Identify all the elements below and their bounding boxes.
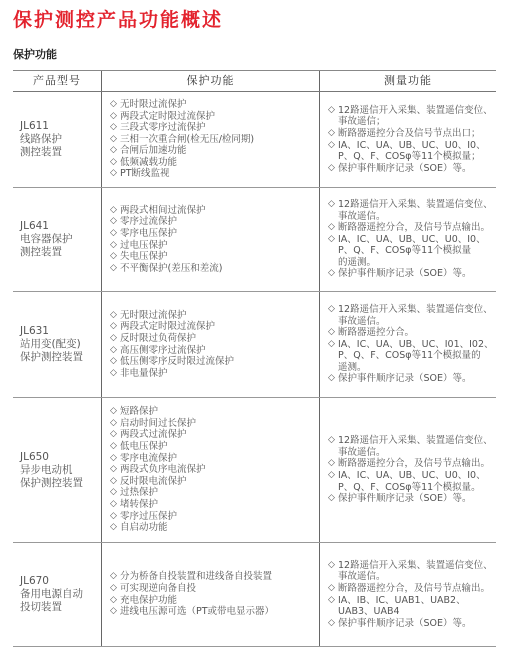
protection-item: 过电压保护 (110, 240, 319, 252)
protection-item: 分为桥备自投装置和进线备自投装置 (110, 571, 319, 583)
model-name-line: 保护测控装置 (20, 477, 101, 490)
protection-item: PT断线监视 (110, 168, 319, 180)
model-cell: JL650 异步电动机 保护测控装置 (13, 398, 102, 543)
protection-item: 堵转保护 (110, 499, 319, 511)
table-row: JL611 线路保护 测控装置 无时限过流保护 两段式定时限过流保护 三段式零序… (13, 92, 496, 188)
model-name-line: 线路保护 (20, 133, 101, 146)
measurement-list: 12路遥信开入采集、装置遥信变位、事故遥信。 断路器遥控分合，及信号节点输出。 … (328, 435, 496, 505)
measurement-item: 保护事件顺序记录（SOE）等。 (328, 163, 496, 175)
protection-list: 无时限过流保护 两段式定时限过流保护 三段式零序过流保护 三相一次重合闸(检无压… (110, 99, 319, 180)
protection-item: 自启动功能 (110, 522, 319, 534)
table-body: JL611 线路保护 测控装置 无时限过流保护 两段式定时限过流保护 三段式零序… (13, 92, 496, 647)
protection-item: 零序电流保护 (110, 453, 319, 465)
measurement-item: IA、IC、UA、UB、UC、U0、I0、P、Q、F、COSφ等11个模拟量的遥… (328, 234, 496, 269)
protection-item: 高压侧零序过流保护 (110, 345, 319, 357)
protection-item: 两段式负序电流保护 (110, 464, 319, 476)
table-row: JL650 异步电动机 保护测控装置 短路保护 启动时间过长保护 两段式过流保护… (13, 398, 496, 543)
protection-item: 不平衡保护(差压和差流) (110, 263, 319, 275)
measurement-item: IA、IC、UA、UB、UC、U0、I0、P、Q、F、COSφ等11个模拟量； (328, 140, 496, 163)
model-code: JL670 (20, 575, 101, 588)
measurement-item: 断路器遥控分合及信号节点出口； (328, 128, 496, 140)
protection-item: 低电压保护 (110, 441, 319, 453)
product-function-table: 产品型号 保护功能 测量功能 JL611 线路保护 测控装置 无时限过流保护 两… (13, 70, 496, 647)
protection-item: 反时限电流保护 (110, 476, 319, 488)
protection-cell: 短路保护 启动时间过长保护 两段式过流保护 低电压保护 零序电流保护 两段式负序… (102, 398, 320, 543)
measurement-cell: 12路遥信开入采集、装置遥信变位、事故遥信。 断路器遥控分合。 IA、IC、UA… (320, 292, 497, 398)
protection-item: 两段式定时限过流保护 (110, 321, 319, 333)
header-protection: 保护功能 (102, 71, 320, 92)
measurement-item: 12路遥信开入采集、装置遥信变位、事故遥信。 (328, 199, 496, 222)
model-code: JL611 (20, 120, 101, 133)
protection-item: 无时限过流保护 (110, 99, 319, 111)
measurement-cell: 12路遥信开入采集、装置遥信变位、事故遥信。 断路器遥控分合，及信号节点输出。 … (320, 398, 497, 543)
measurement-item: IA、IC、UA、UB、UC、U0、I0、P、Q、F、COSφ等11个模拟量。 (328, 470, 496, 493)
model-code: JL631 (20, 325, 101, 338)
measurement-item: 12路遥信开入采集、装置遥信变位、事故遥信。 (328, 560, 496, 583)
measurement-item: 12路遥信开入采集、装置遥信变位、事故遥信。 (328, 435, 496, 458)
protection-item: 充电保护功能 (110, 595, 319, 607)
protection-item: 过热保护 (110, 487, 319, 499)
model-cell: JL631 站用变(配变) 保护测控装置 (13, 292, 102, 398)
measurement-cell: 12路遥信开入采集、装置遥信变位、事故遥信。 断路器遥控分合，及信号节点输出。 … (320, 543, 497, 647)
model-cell: JL611 线路保护 测控装置 (13, 92, 102, 188)
measurement-list: 12路遥信开入采集、装置遥信变位、事故遥信。 断路器遥控分合，及信号节点输出。 … (328, 199, 496, 280)
model-code: JL641 (20, 220, 101, 233)
measurement-list: 12路遥信开入采集、装置遥信变位、事故遥信； 断路器遥控分合及信号节点出口； I… (328, 105, 496, 175)
model-name-line: 备用电源自动 (20, 588, 101, 601)
protection-item: 两段式过流保护 (110, 429, 319, 441)
protection-item: 非电量保护 (110, 368, 319, 380)
measurement-item: 断路器遥控分合，及信号节点输出。 (328, 222, 496, 234)
measurement-item: IA、IC、UA、UB、UC、I01、I02、P、Q、F、COSφ等11个模拟量… (328, 339, 496, 374)
model-code: JL650 (20, 451, 101, 464)
measurement-item: 保护事件顺序记录（SOE）等。 (328, 618, 496, 630)
protection-item: 进线电压源可选（PT或带电显示器） (110, 606, 319, 618)
header-measurement: 测量功能 (320, 71, 497, 92)
measurement-list: 12路遥信开入采集、装置遥信变位、事故遥信。 断路器遥控分合。 IA、IC、UA… (328, 304, 496, 385)
protection-cell: 分为桥备自投装置和进线备自投装置 可实现逆向备自投 充电保护功能 进线电压源可选… (102, 543, 320, 647)
protection-item: 低频减载功能 (110, 157, 319, 169)
measurement-list: 12路遥信开入采集、装置遥信变位、事故遥信。 断路器遥控分合，及信号节点输出。 … (328, 560, 496, 630)
model-name-line: 测控装置 (20, 246, 101, 259)
table-header-row: 产品型号 保护功能 测量功能 (13, 71, 496, 92)
protection-item: 反时限过负荷保护 (110, 333, 319, 345)
model-name-line: 异步电动机 (20, 464, 101, 477)
protection-item: 短路保护 (110, 406, 319, 418)
model-cell: JL641 电容器保护 测控装置 (13, 188, 102, 292)
section-title: 保护功能 (13, 48, 57, 62)
measurement-item: 断路器遥控分合，及信号节点输出。 (328, 583, 496, 595)
protection-item: 零序过压保护 (110, 511, 319, 523)
measurement-item: 12路遥信开入采集、装置遥信变位、事故遥信。 (328, 304, 496, 327)
protection-item: 失电压保护 (110, 251, 319, 263)
measurement-item: IA、IB、IC、UAB1、UAB2、UAB3、UAB4 (328, 595, 496, 618)
header-model: 产品型号 (13, 71, 102, 92)
measurement-cell: 12路遥信开入采集、装置遥信变位、事故遥信。 断路器遥控分合，及信号节点输出。 … (320, 188, 497, 292)
measurement-item: 断路器遥控分合，及信号节点输出。 (328, 458, 496, 470)
model-name-line: 保护测控装置 (20, 351, 101, 364)
measurement-item: 保护事件顺序记录（SOE）等。 (328, 373, 496, 385)
protection-item: 无时限过流保护 (110, 310, 319, 322)
protection-item: 启动时间过长保护 (110, 418, 319, 430)
model-name-line: 测控装置 (20, 146, 101, 159)
protection-item: 三段式零序过流保护 (110, 122, 319, 134)
protection-item: 低压侧零序反时限过流保护 (110, 356, 319, 368)
measurement-cell: 12路遥信开入采集、装置遥信变位、事故遥信； 断路器遥控分合及信号节点出口； I… (320, 92, 497, 188)
model-name-line: 站用变(配变) (20, 338, 101, 351)
model-name-line: 投切装置 (20, 601, 101, 614)
page-title: 保护测控产品功能概述 (13, 8, 223, 32)
measurement-item: 12路遥信开入采集、装置遥信变位、事故遥信； (328, 105, 496, 128)
protection-item: 零序过流保护 (110, 216, 319, 228)
protection-item: 三相一次重合闸(检无压/检同期) (110, 134, 319, 146)
protection-item: 两段式相间过流保护 (110, 205, 319, 217)
table-row: JL670 备用电源自动 投切装置 分为桥备自投装置和进线备自投装置 可实现逆向… (13, 543, 496, 647)
protection-cell: 两段式相间过流保护 零序过流保护 零序电压保护 过电压保护 失电压保护 不平衡保… (102, 188, 320, 292)
protection-cell: 无时限过流保护 两段式定时限过流保护 反时限过负荷保护 高压侧零序过流保护 低压… (102, 292, 320, 398)
model-cell: JL670 备用电源自动 投切装置 (13, 543, 102, 647)
table-row: JL641 电容器保护 测控装置 两段式相间过流保护 零序过流保护 零序电压保护… (13, 188, 496, 292)
measurement-item: 保护事件顺序记录（SOE）等。 (328, 493, 496, 505)
protection-list: 分为桥备自投装置和进线备自投装置 可实现逆向备自投 充电保护功能 进线电压源可选… (110, 571, 319, 617)
protection-cell: 无时限过流保护 两段式定时限过流保护 三段式零序过流保护 三相一次重合闸(检无压… (102, 92, 320, 188)
measurement-item: 保护事件顺序记录（SOE）等。 (328, 268, 496, 280)
table-row: JL631 站用变(配变) 保护测控装置 无时限过流保护 两段式定时限过流保护 … (13, 292, 496, 398)
protection-item: 可实现逆向备自投 (110, 583, 319, 595)
protection-item: 合闸后加速功能 (110, 145, 319, 157)
protection-list: 无时限过流保护 两段式定时限过流保护 反时限过负荷保护 高压侧零序过流保护 低压… (110, 310, 319, 380)
protection-item: 零序电压保护 (110, 228, 319, 240)
protection-item: 两段式定时限过流保护 (110, 111, 319, 123)
protection-list: 两段式相间过流保护 零序过流保护 零序电压保护 过电压保护 失电压保护 不平衡保… (110, 205, 319, 275)
protection-list: 短路保护 启动时间过长保护 两段式过流保护 低电压保护 零序电流保护 两段式负序… (110, 406, 319, 534)
model-name-line: 电容器保护 (20, 233, 101, 246)
measurement-item: 断路器遥控分合。 (328, 327, 496, 339)
